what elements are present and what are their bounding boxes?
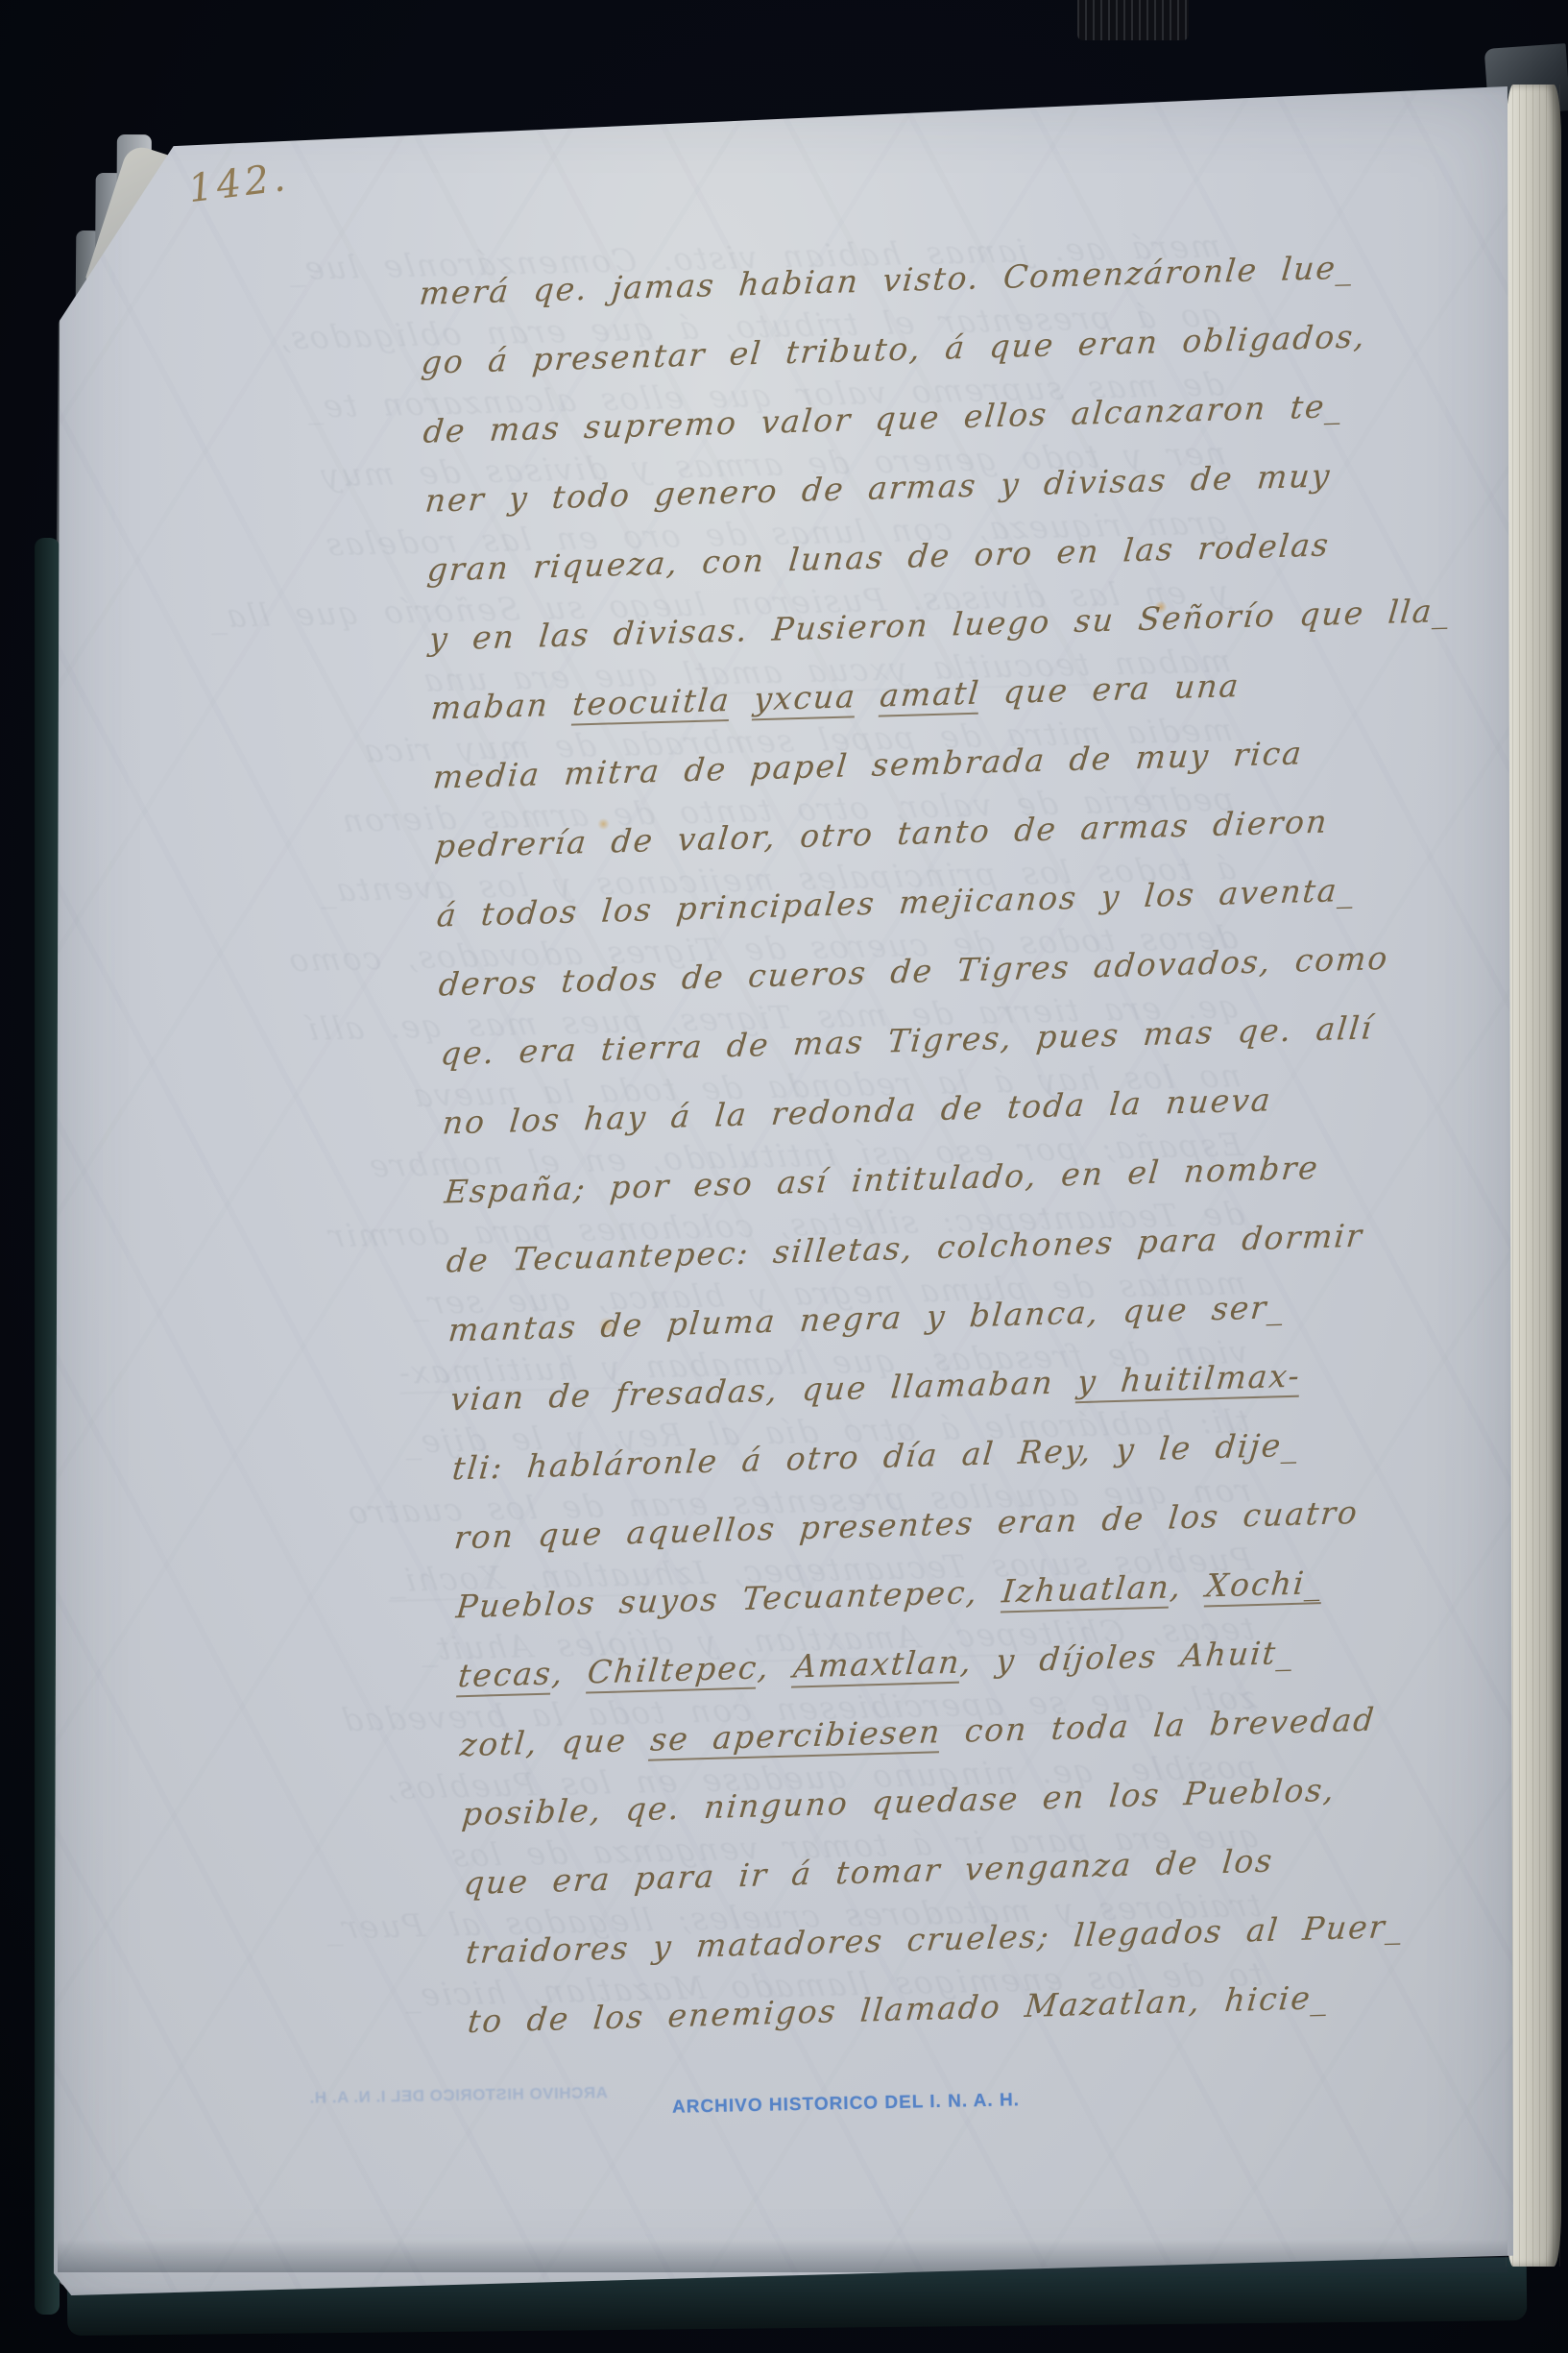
underlined-word: teocuitla (570, 681, 732, 726)
handwritten-text (855, 677, 881, 716)
underlined-word: se apercibiesen (648, 1712, 943, 1761)
underlined-word: Amaxtlan (791, 1643, 962, 1688)
handwritten-text: maban (429, 685, 574, 726)
underlined-word: Xochi_ (1204, 1564, 1325, 1608)
page-bottom-shadow (58, 2240, 1508, 2272)
underlined-word: Izhuatlan (1000, 1567, 1171, 1613)
underlined-word: tecas (456, 1654, 554, 1697)
underlined-word: Chiltepec (586, 1648, 760, 1693)
underlined-word: amatl (878, 674, 981, 717)
manuscript-text: merá qe. jamas habian visto. Comenzáronl… (413, 245, 1529, 2072)
handwritten-text: , (1169, 1566, 1208, 1605)
underlined-word: y huitilmax- (1075, 1357, 1303, 1404)
handwritten-text: zotl, que (458, 1721, 652, 1764)
underlined-word: yxcua (752, 677, 858, 720)
handwritten-text: que era una (978, 667, 1242, 712)
manuscript-photo: 142. merá qe. jamas habian visto. Comenz… (0, 0, 1568, 2353)
handwritten-text: , (550, 1653, 590, 1691)
binding-strap (1077, 0, 1189, 40)
handwritten-text: , (757, 1647, 796, 1686)
